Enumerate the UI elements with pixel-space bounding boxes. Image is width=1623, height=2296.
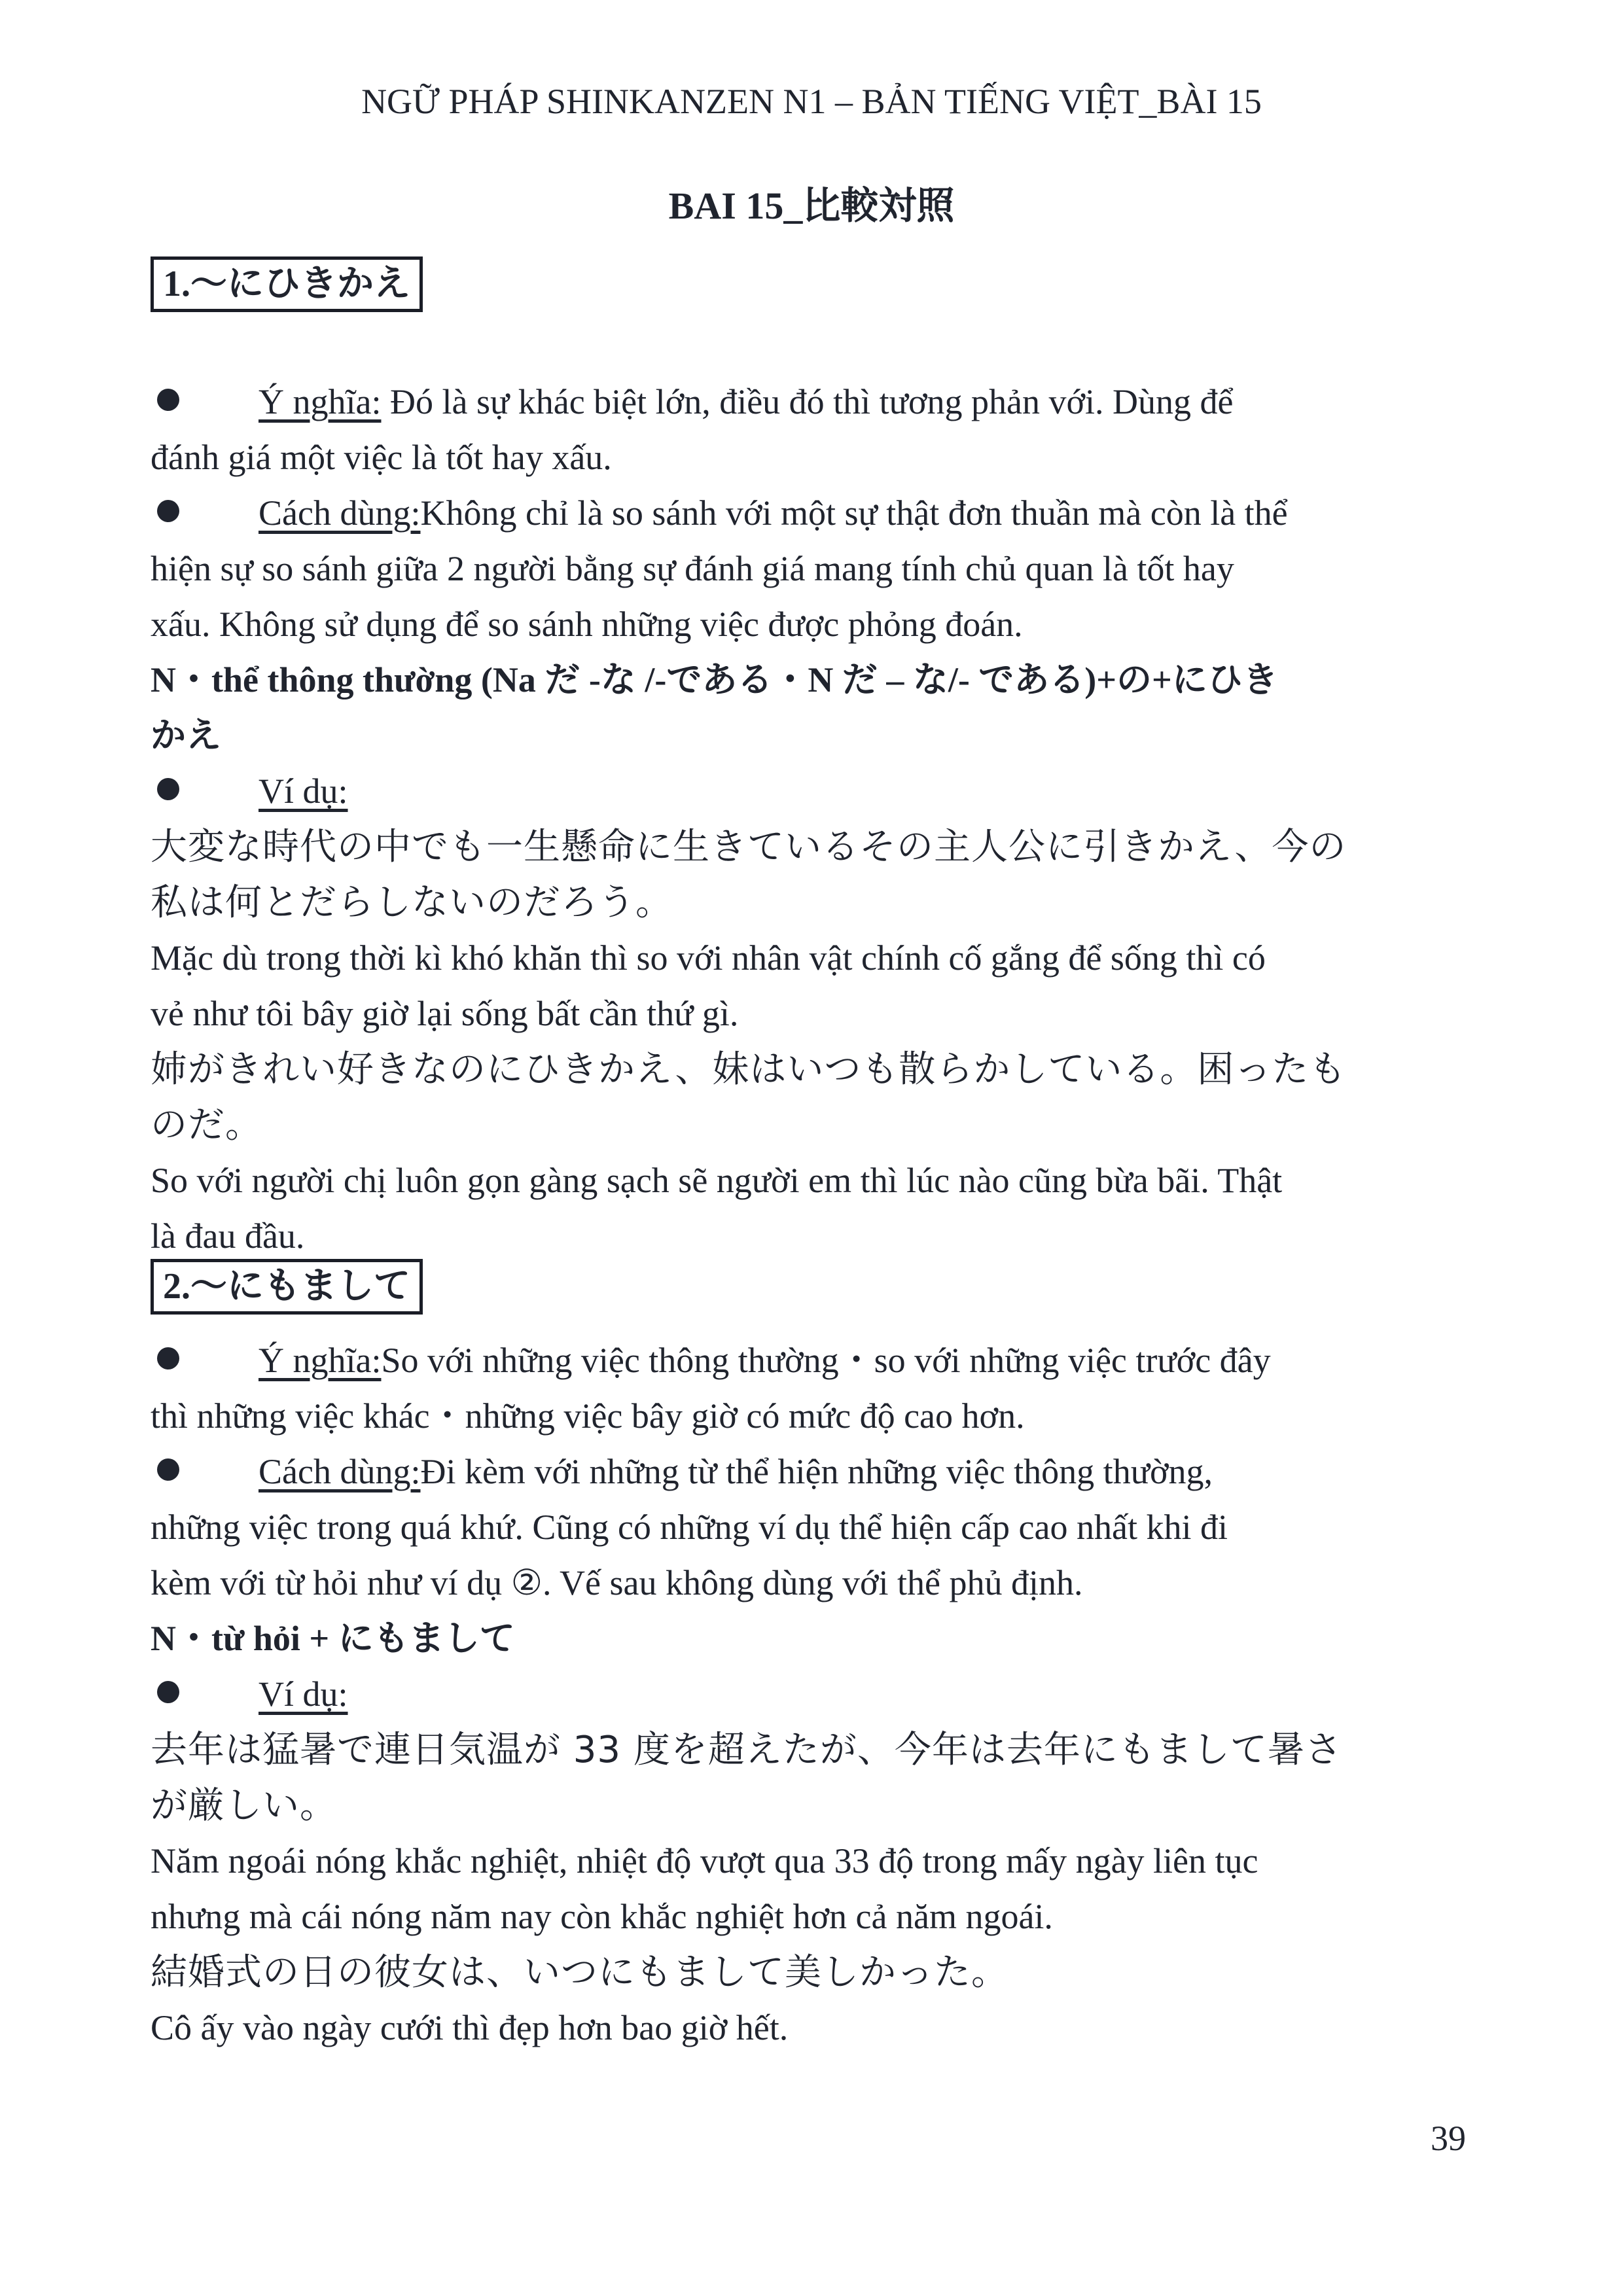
usage-text-cont: những việc trong quá khứ. Cũng có những … [151,1500,1472,1555]
example-translation-vi: Mặc dù trong thời kì khó khăn thì so với… [151,930,1472,986]
bullet-line-meaning-2: Ý nghĩa:So với những việc thông thường・s… [151,1333,1472,1388]
usage-text: Không chỉ là so sánh với một sự thật đơn… [420,493,1287,533]
pattern-line: N・từ hỏi + にもまして [151,1611,1472,1667]
example-sentence-jp: が厳しい。 [151,1778,1472,1833]
pattern-line: かえ [151,708,1472,764]
example-sentence-jp: のだ。 [151,1097,1472,1153]
grammar-box-1-row: 1.～にひきかえ [151,256,1472,312]
meaning-label: Ý nghĩa: [259,1341,381,1380]
bullet-line-usage-1: Cách dùng:Không chỉ là so sánh với một s… [151,486,1472,541]
bullet-icon [157,1681,179,1703]
example-sentence-jp: 結婚式の日の彼女は、いつにもまして美しかった。 [151,1945,1472,2000]
example-label: Ví dụ: [259,771,348,811]
bullet-icon [157,1347,179,1369]
grammar-box-1: 1.～にひきかえ [151,256,423,312]
usage-text-cont: hiện sự so sánh giữa 2 người bằng sự đán… [151,541,1472,597]
usage-text-cont: kèm với từ hỏi như ví dụ ②. Vế sau không… [151,1555,1472,1611]
meaning-label: Ý nghĩa: [259,382,381,421]
grammar-box-2: 2.～にもまして [151,1259,423,1315]
example-label: Ví dụ: [259,1674,348,1714]
example-sentence-jp: 姉がきれい好きなのにひきかえ、妹はいつも散らかしている。困ったも [151,1042,1472,1097]
meaning-text-cont: thì những việc khác・những việc bây giờ c… [151,1388,1472,1444]
bullet-icon [157,500,179,522]
example-sentence-jp: 私は何とだらしないのだろう。 [151,875,1472,930]
bullet-line-example-2: Ví dụ: [151,1667,1472,1722]
bullet-line-meaning-1: Ý nghĩa: Đó là sự khác biệt lớn, điều đó… [151,374,1472,430]
example-translation-vi: Cô ấy vào ngày cưới thì đẹp hơn bao giờ … [151,2000,1472,2056]
page-title: BAI 15_比較対照 [151,178,1472,234]
document-page: NGỮ PHÁP SHINKANZEN N1 – BẢN TIẾNG VIỆT_… [0,0,1623,2296]
pattern-line: N・thể thông thường (Na だ -な /-である・N だ – … [151,652,1472,708]
example-sentence-jp: 大変な時代の中でも一生懸命に生きているその主人公に引きかえ、今の [151,819,1472,875]
example-translation-vi: nhưng mà cái nóng năm nay còn khắc nghiệ… [151,1889,1472,1945]
bullet-icon [157,389,179,411]
bullet-icon [157,1458,179,1481]
page-content: NGỮ PHÁP SHINKANZEN N1 – BẢN TIẾNG VIỆT_… [0,73,1623,2056]
bullet-line-usage-2: Cách dùng:Đi kèm với những từ thể hiện n… [151,1444,1472,1500]
bullet-icon [157,778,179,800]
grammar-box-2-row: 2.～にもまして [151,1259,1472,1315]
meaning-text: So với những việc thông thường・so với nh… [381,1341,1270,1380]
running-header: NGỮ PHÁP SHINKANZEN N1 – BẢN TIẾNG VIỆT_… [151,73,1472,130]
usage-text: Đi kèm với những từ thể hiện những việc … [420,1452,1213,1491]
meaning-text: Đó là sự khác biệt lớn, điều đó thì tươn… [381,382,1233,421]
usage-text-cont: xấu. Không sử dụng để so sánh những việc… [151,597,1472,652]
example-translation-vi: Năm ngoái nóng khắc nghiệt, nhiệt độ vượ… [151,1833,1472,1889]
example-sentence-jp: 去年は猛暑で連日気温が 33 度を超えたが、今年は去年にもまして暑さ [151,1722,1472,1778]
example-translation-vi: So với người chị luôn gọn gàng sạch sẽ n… [151,1153,1472,1209]
meaning-text-cont: đánh giá một việc là tốt hay xấu. [151,430,1472,486]
usage-label: Cách dùng: [259,493,420,533]
bullet-line-example-1: Ví dụ: [151,764,1472,819]
example-translation-vi: là đau đầu. [151,1209,1472,1264]
page-number: 39 [1431,2119,1466,2158]
example-translation-vi: vẻ như tôi bây giờ lại sống bất cần thứ … [151,986,1472,1042]
usage-label: Cách dùng: [259,1452,420,1491]
